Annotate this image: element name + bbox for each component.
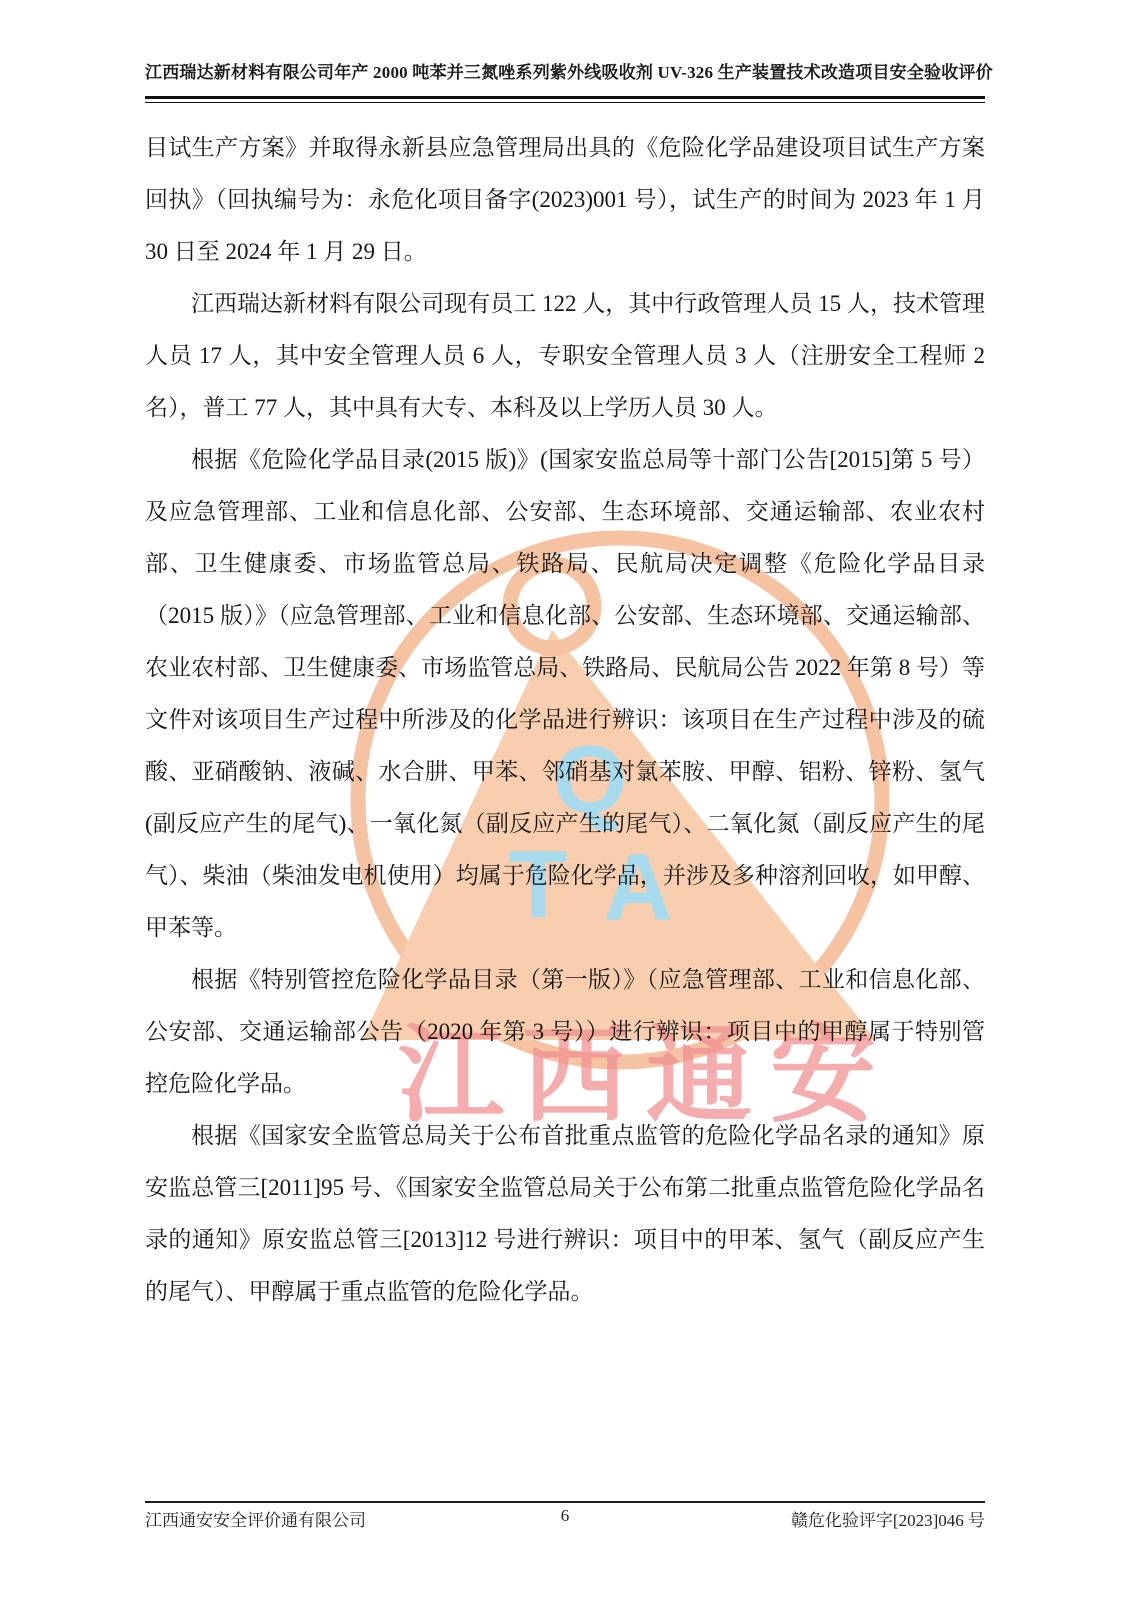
- document-page: Q T A 江西通安 江西瑞达新材料有限公司年产 2000 吨苯并三氮唑系列紫外…: [0, 0, 1129, 1600]
- paragraph-key-supervision: 根据《国家安全监管总局关于公布首批重点监管的危险化学品名录的通知》原安监总管三[…: [145, 1110, 985, 1318]
- paragraph-special-control: 根据《特别管控危险化学品目录（第一版）》（应急管理部、工业和信息化部、公安部、交…: [145, 954, 985, 1110]
- footer-doc-number: 赣危化验评字[2023]046 号: [791, 1506, 985, 1531]
- header-rule-thick: [145, 96, 985, 99]
- paragraph-staffing: 江西瑞达新材料有限公司现有员工 122 人，其中行政管理人员 15 人，技术管理…: [145, 278, 985, 434]
- paragraph-hazchem-catalog: 根据《危险化学品目录(2015 版)》(国家安监总局等十部门公告[2015]第 …: [145, 434, 985, 954]
- paragraph-continuation: 目试生产方案》并取得永新县应急管理局出具的《危险化学品建设项目试生产方案回执》（…: [145, 122, 985, 278]
- footer-rule: [145, 1501, 985, 1503]
- footer-company-name: 江西通安安全评价通有限公司: [145, 1506, 366, 1531]
- header-rule-thin: [145, 102, 985, 103]
- page-header-title: 江西瑞达新材料有限公司年产 2000 吨苯并三氮唑系列紫外线吸收剂 UV-326…: [145, 58, 985, 83]
- document-body: 目试生产方案》并取得永新县应急管理局出具的《危险化学品建设项目试生产方案回执》（…: [145, 122, 985, 1318]
